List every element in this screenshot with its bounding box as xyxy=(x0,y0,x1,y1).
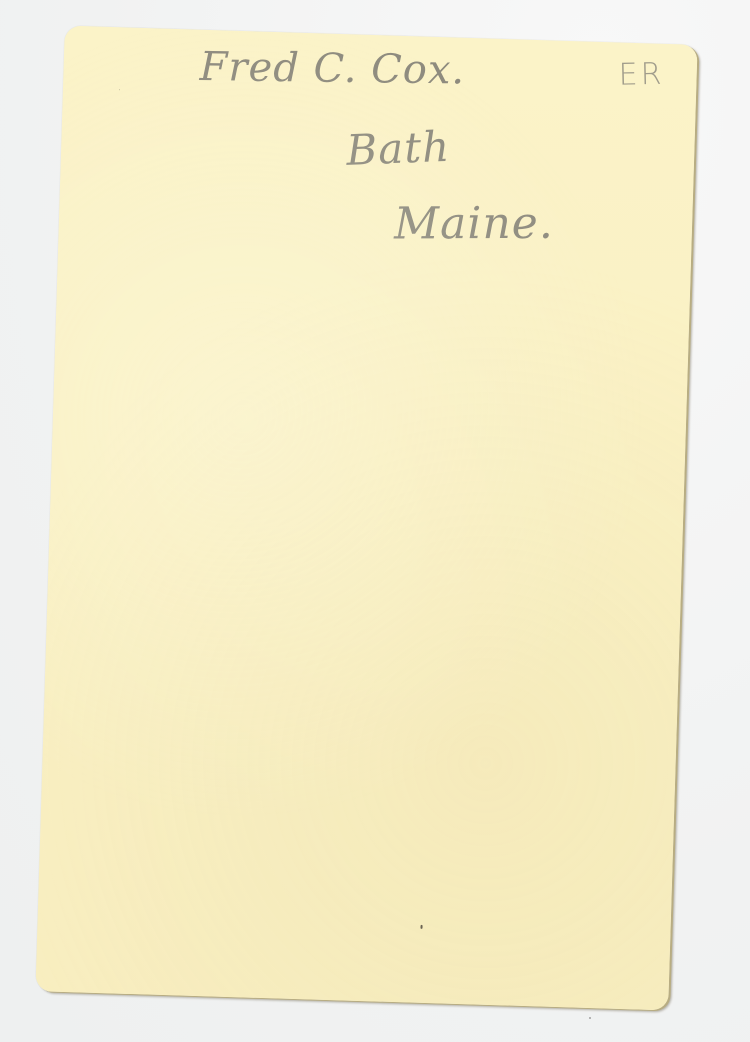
paper-speck xyxy=(119,89,120,90)
inscription-city: Bath xyxy=(345,122,451,175)
inscription-name: Fred C. Cox. xyxy=(199,44,465,93)
inscription-state: Maine. xyxy=(394,198,554,250)
dust-speck xyxy=(589,1017,591,1019)
paper-speck xyxy=(420,925,422,929)
cabinet-card-back: Fred C. Cox. Bath Maine. ER xyxy=(35,26,697,1011)
corner-mark: ER xyxy=(618,57,665,93)
